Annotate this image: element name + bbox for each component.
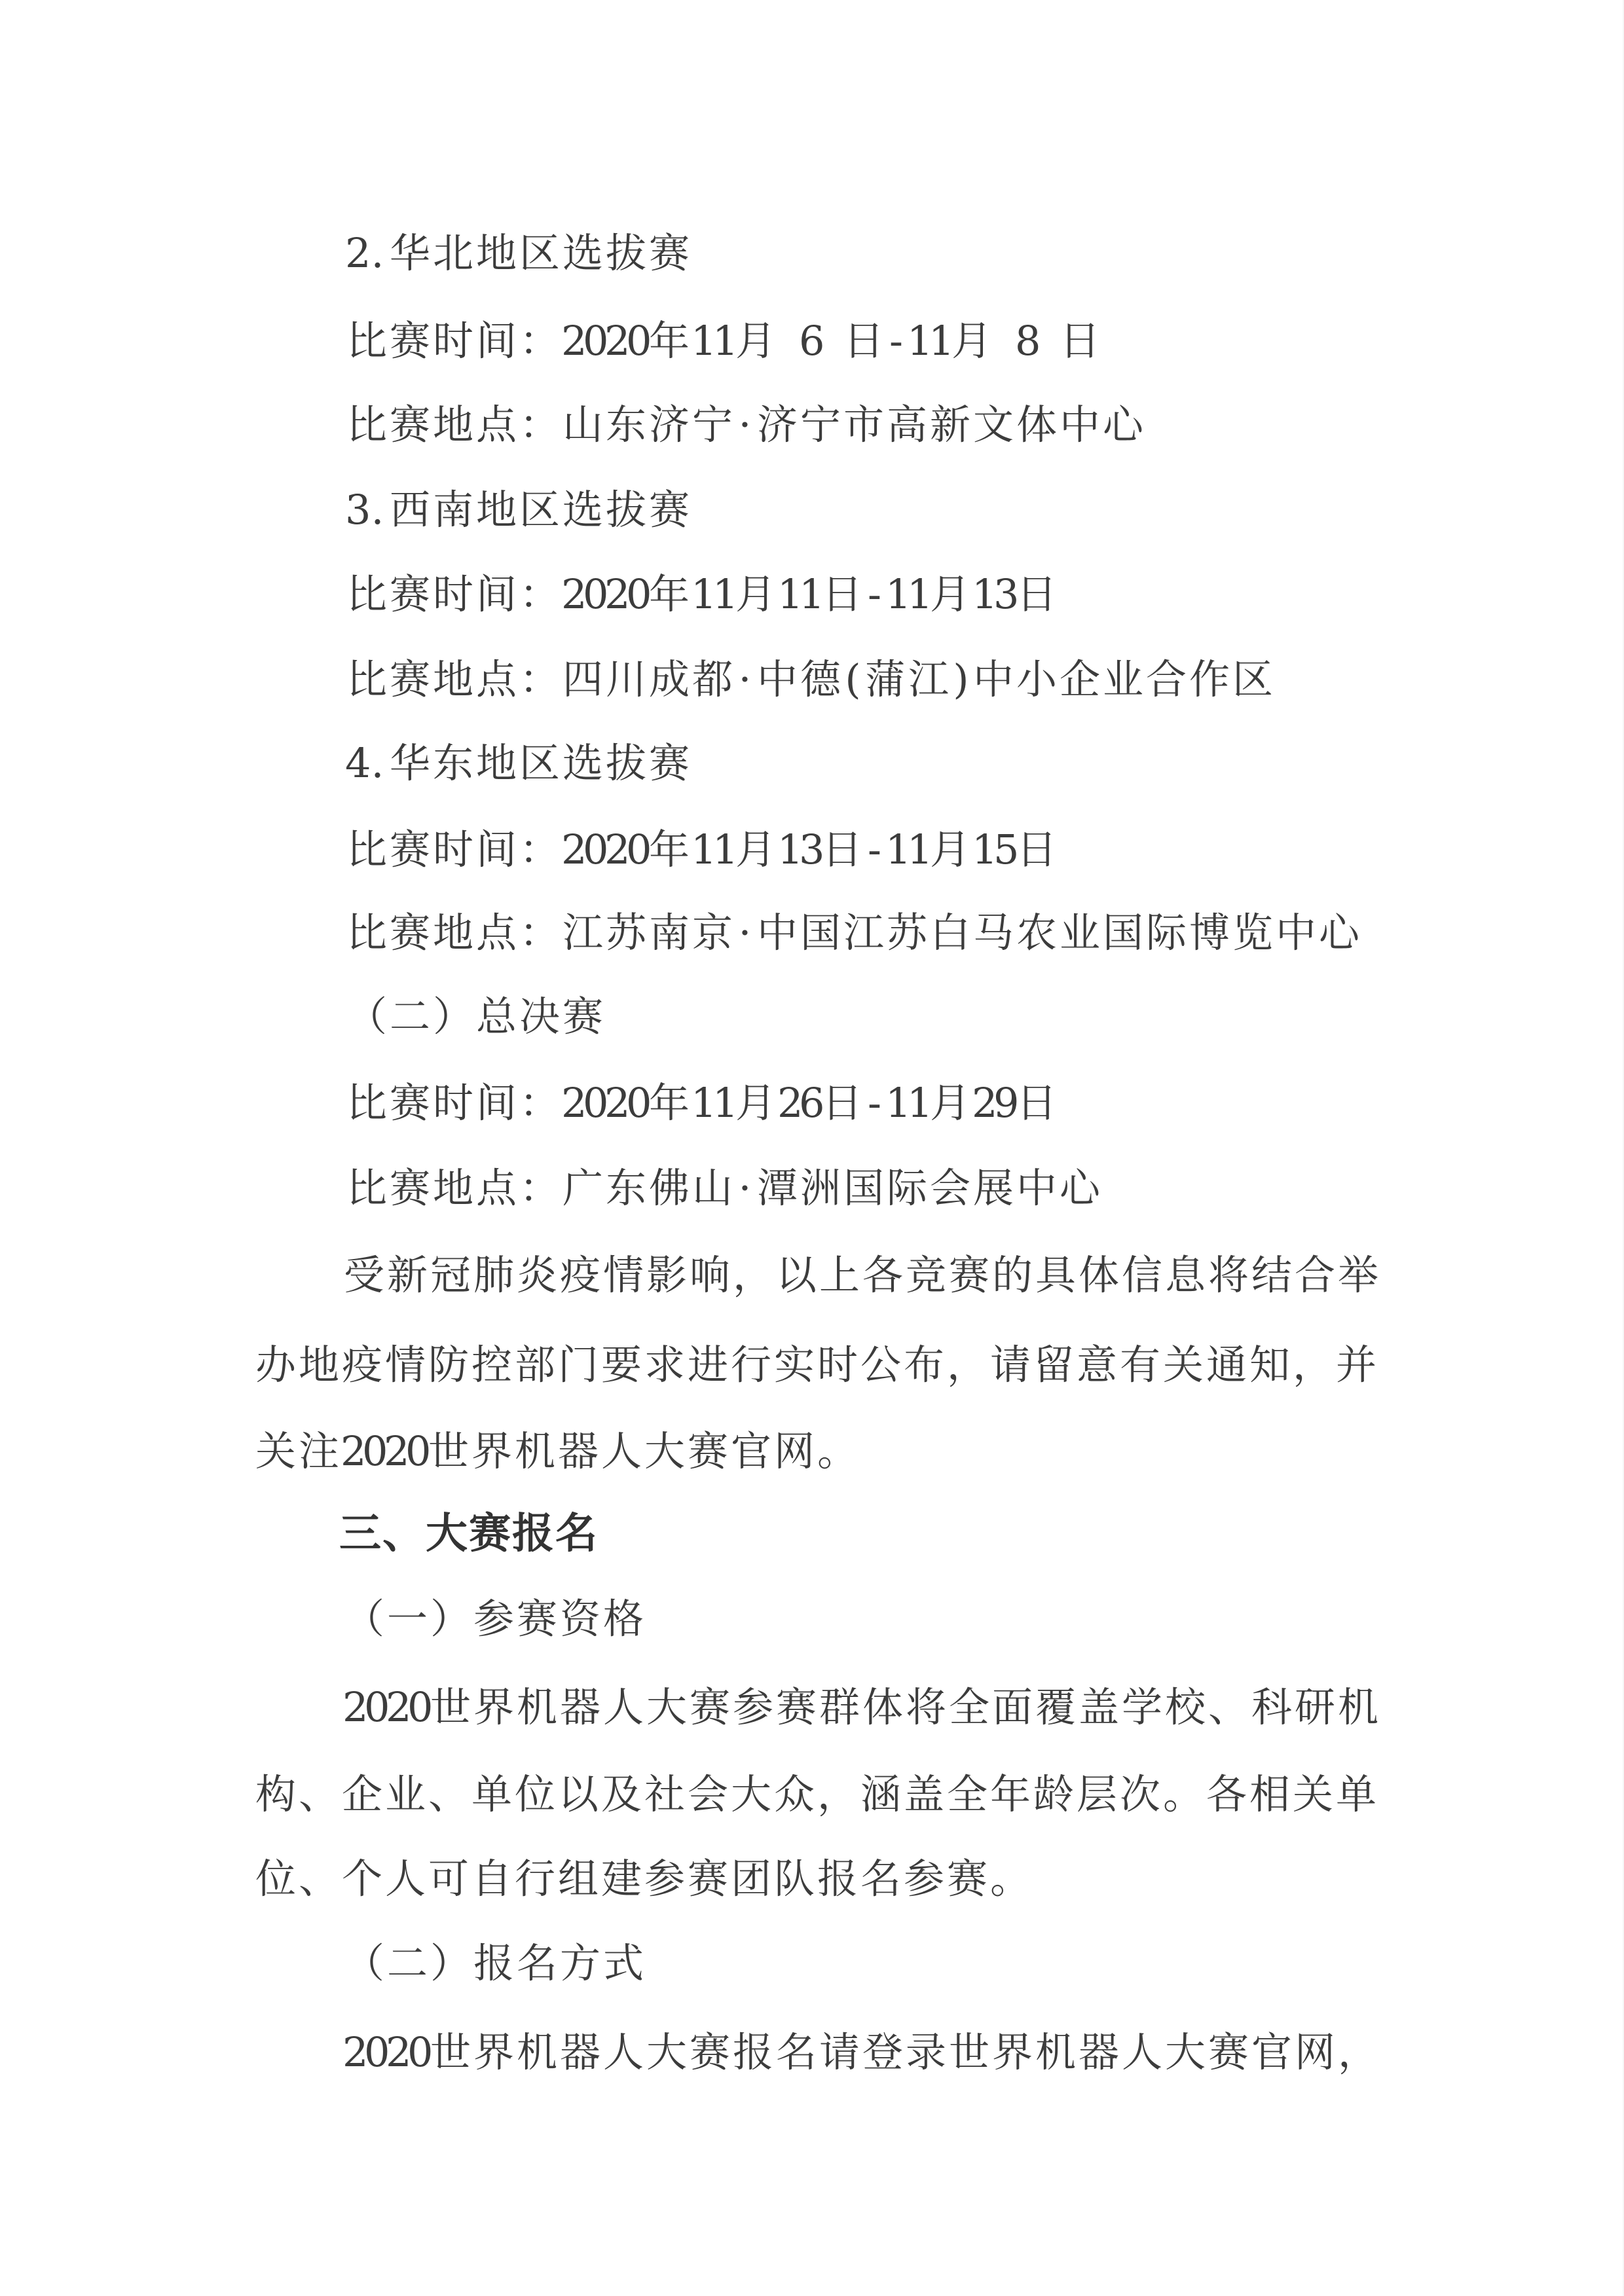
southwest-time: 比赛时间：2020年11月11日-11月13日 — [345, 568, 1058, 621]
subitem-east-china: 4.华东地区选拔赛 — [345, 737, 691, 790]
subsection-registration-method: （二）报名方式 — [342, 1937, 645, 1990]
covid-notice-line-2: 办地疫情防控部门要求进行实时公布，请留意有关通知，并 — [254, 1339, 1378, 1391]
subitem-southwest: 3.西南地区选拔赛 — [345, 484, 691, 536]
covid-notice-line-3: 关注2020世界机器人大赛官网。 — [254, 1425, 859, 1478]
subsection-eligibility: （一）参赛资格 — [342, 1593, 645, 1645]
finals-time: 比赛时间：2020年11月26日-11月29日 — [345, 1077, 1058, 1129]
section-heading-registration: 三、大赛报名 — [339, 1508, 598, 1560]
subitem-north-china: 2.华北地区选拔赛 — [345, 227, 691, 280]
north-china-time: 比赛时间：2020年11月 6 日-11月 8 日 — [345, 315, 1101, 367]
east-china-venue: 比赛地点：江苏南京·中国江苏白马农业国际博览中心 — [345, 907, 1361, 959]
east-china-time: 比赛时间：2020年11月13日-11月15日 — [345, 824, 1058, 876]
document-page: 2.华北地区选拔赛 比赛时间：2020年11月 6 日-11月 8 日 比赛地点… — [0, 0, 1624, 2296]
eligibility-line-1: 2020世界机器人大赛参赛群体将全面覆盖学校、科研机 — [342, 1681, 1380, 1734]
finals-venue: 比赛地点：广东佛山·潭洲国际会展中心 — [345, 1162, 1101, 1214]
subsection-finals: （二）总决赛 — [345, 991, 604, 1043]
covid-notice-line-1: 受新冠肺炎疫情影响，以上各竞赛的具体信息将结合举 — [342, 1249, 1380, 1302]
north-china-venue: 比赛地点：山东济宁·济宁市高新文体中心 — [345, 399, 1145, 451]
registration-method-line-1: 2020世界机器人大赛报名请登录世界机器人大赛官网， — [342, 2026, 1380, 2079]
eligibility-line-2: 构、企业、单位以及社会大众，涵盖全年龄层次。各相关单 — [254, 1768, 1378, 1821]
eligibility-line-3: 位、个人可自行组建参赛团队报名参赛。 — [254, 1853, 1032, 1905]
southwest-venue: 比赛地点：四川成都·中德(蒲江)中小企业合作区 — [345, 653, 1274, 706]
